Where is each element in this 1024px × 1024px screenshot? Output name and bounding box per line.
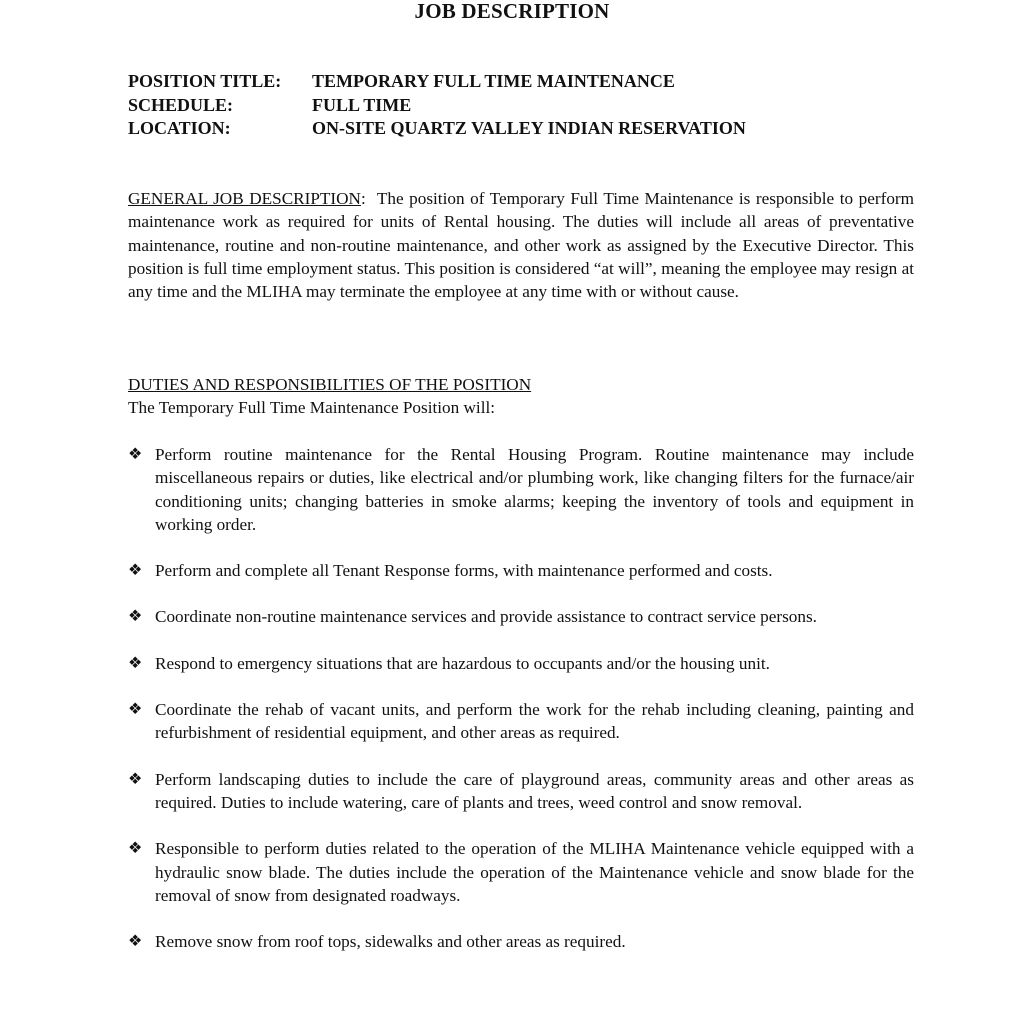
general-heading: GENERAL JOB DESCRIPTION <box>128 189 361 208</box>
list-item: ❖ Perform landscaping duties to include … <box>128 768 914 815</box>
field-position-title: POSITION TITLE: TEMPORARY FULL TIME MAIN… <box>128 71 746 95</box>
list-item: ❖ Remove snow from roof tops, sidewalks … <box>128 930 914 953</box>
duties-intro: The Temporary Full Time Maintenance Posi… <box>128 396 914 419</box>
field-label: POSITION TITLE: <box>128 71 312 95</box>
field-location: LOCATION: ON-SITE QUARTZ VALLEY INDIAN R… <box>128 118 746 142</box>
diamond-bullet-icon: ❖ <box>128 605 142 628</box>
field-value: ON-SITE QUARTZ VALLEY INDIAN RESERVATION <box>312 118 746 142</box>
diamond-bullet-icon: ❖ <box>128 837 142 860</box>
duty-text: Coordinate the rehab of vacant units, an… <box>155 700 914 742</box>
duty-text: Responsible to perform duties related to… <box>155 839 914 905</box>
list-item: ❖ Perform and complete all Tenant Respon… <box>128 559 914 582</box>
general-heading-colon: : <box>361 189 366 208</box>
field-label: LOCATION: <box>128 118 312 142</box>
diamond-bullet-icon: ❖ <box>128 930 142 953</box>
diamond-bullet-icon: ❖ <box>128 559 142 582</box>
field-value: TEMPORARY FULL TIME MAINTENANCE <box>312 71 675 95</box>
list-item: ❖ Perform routine maintenance for the Re… <box>128 443 914 536</box>
duties-section: DUTIES AND RESPONSIBILITIES OF THE POSIT… <box>128 373 914 420</box>
diamond-bullet-icon: ❖ <box>128 768 142 791</box>
document-title: JOB DESCRIPTION <box>0 0 1024 24</box>
diamond-bullet-icon: ❖ <box>128 443 142 466</box>
diamond-bullet-icon: ❖ <box>128 698 142 721</box>
duties-heading: DUTIES AND RESPONSIBILITIES OF THE POSIT… <box>128 373 531 396</box>
duty-text: Perform and complete all Tenant Response… <box>155 561 773 580</box>
duty-text: Remove snow from roof tops, sidewalks an… <box>155 932 626 951</box>
duty-text: Perform landscaping duties to include th… <box>155 770 914 812</box>
document-page: JOB DESCRIPTION POSITION TITLE: TEMPORAR… <box>0 0 1024 1024</box>
duties-list: ❖ Perform routine maintenance for the Re… <box>128 443 914 953</box>
duty-text: Perform routine maintenance for the Rent… <box>155 445 914 534</box>
diamond-bullet-icon: ❖ <box>128 652 142 675</box>
duty-text: Coordinate non-routine maintenance servi… <box>155 607 817 626</box>
duty-text: Respond to emergency situations that are… <box>155 654 770 673</box>
position-fields: POSITION TITLE: TEMPORARY FULL TIME MAIN… <box>128 71 746 142</box>
list-item: ❖ Respond to emergency situations that a… <box>128 652 914 675</box>
general-job-description: GENERAL JOB DESCRIPTION: The position of… <box>128 187 914 303</box>
duties-list-container: ❖ Perform routine maintenance for the Re… <box>128 443 914 953</box>
field-label: SCHEDULE: <box>128 95 312 119</box>
list-item: ❖ Coordinate the rehab of vacant units, … <box>128 698 914 745</box>
field-schedule: SCHEDULE: FULL TIME <box>128 95 746 119</box>
list-item: ❖ Responsible to perform duties related … <box>128 837 914 907</box>
field-value: FULL TIME <box>312 95 411 119</box>
list-item: ❖ Coordinate non-routine maintenance ser… <box>128 605 914 628</box>
